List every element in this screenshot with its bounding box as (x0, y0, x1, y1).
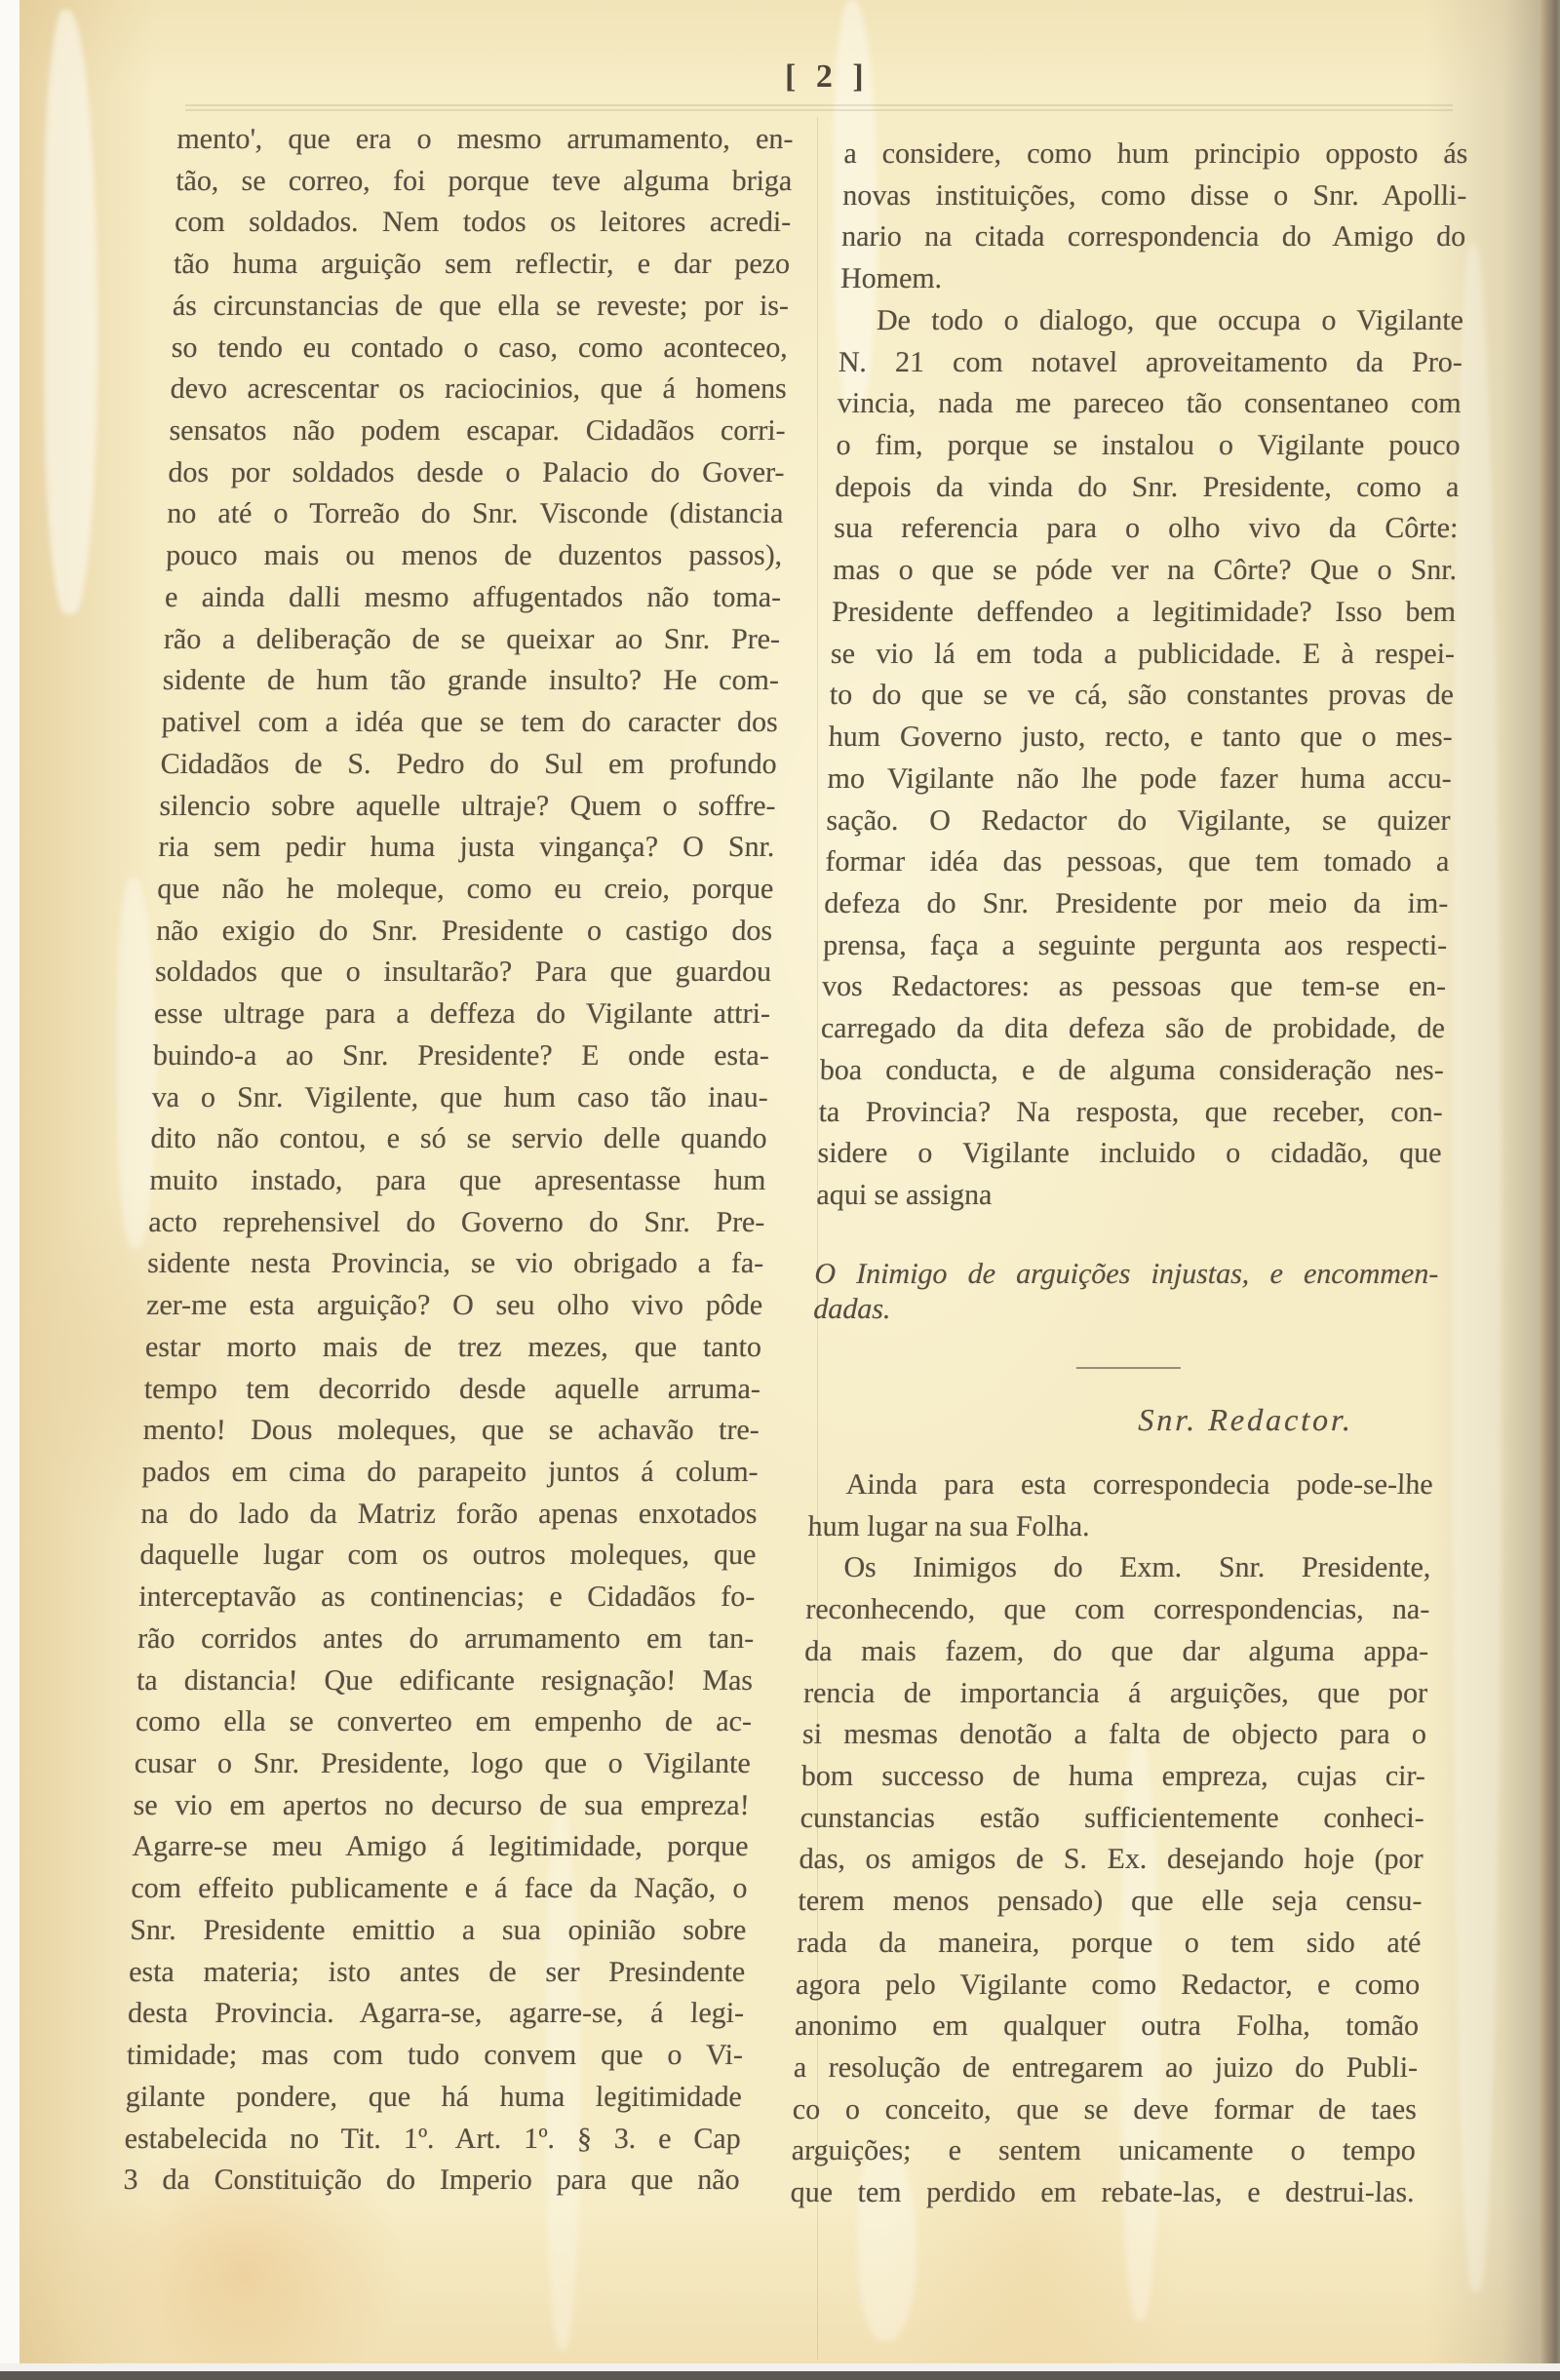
text-line: hum Governo justo, recto, e tanto que o … (828, 717, 1453, 759)
text-line: si mesmas denotão a falta de objecto par… (801, 1714, 1426, 1756)
text-line: se vio em apertos no decurso de sua empr… (133, 1785, 750, 1827)
text-line: que não he moleque, como eu creio, porqu… (157, 869, 774, 911)
signature-line: O Inimigo de arguições injustas, e encom… (814, 1257, 1439, 1292)
text-line: no até o Torreão do Snr. Visconde (dista… (167, 493, 784, 535)
paragraph-start-line: Os Inimigos do Exm. Snr. Presidente, (806, 1547, 1431, 1589)
text-line: acto reprehensivel do Governo do Snr. Pr… (148, 1202, 765, 1244)
letter-body: Ainda para esta correspondecia pode-se-l… (790, 1464, 1433, 2214)
text-line: daquelle lugar com os outros moleques, q… (139, 1535, 757, 1577)
text-line: Agarre-se meu Amigo á legitimidade, porq… (132, 1826, 749, 1868)
text-line: rão corridos antes do arrumamento em tan… (137, 1619, 755, 1660)
text-line: timidade; mas com tudo convem que o Vi- (126, 2035, 743, 2077)
signature-line: dadas. (813, 1292, 1438, 1327)
scan-bottom-margin (0, 2363, 1560, 2371)
paragraph-start-line: De todo o dialogo, que occupa o Vigilant… (838, 300, 1463, 342)
text-line: tão huma arguição sem reflectir, e dar p… (174, 244, 791, 286)
text-line: devo acrescentar os raciocinios, que á h… (170, 369, 787, 410)
text-line: depois da vinda do Snr. Presidente, como… (835, 467, 1460, 509)
text-line: sação. O Redactor do Vigilante, se quize… (826, 800, 1451, 842)
text-line: dos por soldados desde o Palacio do Gove… (168, 452, 785, 494)
text-line: vos Redactores: as pessoas que tem-se en… (822, 966, 1447, 1008)
text-line: da mais fazem, do que dar alguma appa- (804, 1631, 1429, 1673)
scan-margin (0, 0, 21, 2363)
text-line: formar idéa das pessoas, que tem tomado … (825, 841, 1450, 883)
text-line: estabelecida no Tit. 1º. Art. 1º. § 3. e… (124, 2119, 741, 2161)
text-line: a considere, como hum principio opposto … (843, 134, 1468, 176)
signature: O Inimigo de arguições injustas, e encom… (813, 1257, 1439, 1327)
text-line: dito não contou, e só se servio delle qu… (150, 1118, 767, 1160)
text-line: com effeito publicamente e á face da Naç… (131, 1868, 748, 1910)
text-line: que tem perdido em rebate-las, e destrui… (790, 2172, 1415, 2214)
letter-continuation: a considere, como hum principio opposto … (816, 134, 1468, 1217)
text-line: buindo-a ao Snr. Presidente? E onde esta… (152, 1035, 769, 1077)
text-line: sidente de hum tão grande insulto? He co… (162, 660, 779, 702)
text-line: tão, se correo, foi porque teve alguma b… (175, 161, 793, 203)
text-line: N. 21 com notavel aproveitamento da Pro- (838, 342, 1462, 384)
text-line: não exigio do Snr. Presidente o castigo … (156, 911, 773, 953)
text-line: aqui se assigna (816, 1175, 1441, 1217)
right-column: a considere, como hum principio opposto … (790, 134, 1468, 2214)
text-line: ta Provincia? Na resposta, que receber, … (818, 1092, 1443, 1134)
text-line: Cidadãos de S. Pedro do Sul em profundo (160, 744, 777, 786)
text-line: das, os amigos de S. Ex. desejando hoje … (799, 1839, 1423, 1881)
text-line: terem menos pensado) que elle seja censu… (798, 1881, 1423, 1923)
text-line: desta Provincia. Agarra-se, agarre-se, á… (128, 1993, 745, 2035)
text-line: ás circunstancias de que ella se reveste… (172, 286, 789, 328)
text-line: agora pelo Vigilante como Redactor, e co… (796, 1965, 1421, 2007)
text-line: zer-me esta arguição? O seu olho vivo pô… (146, 1285, 763, 1327)
text-line: rencia de importancia á arguições, que p… (803, 1673, 1428, 1715)
text-line: nario na citada correspondencia do Amigo… (841, 216, 1466, 258)
text-line: sidente nesta Provincia, se vio obrigado… (147, 1243, 764, 1285)
header-rule (185, 109, 1453, 111)
text-line: hum lugar na sua Folha. (807, 1506, 1432, 1548)
text-line: prensa, faça a seguinte pergunta aos res… (823, 925, 1448, 967)
text-line: defeza do Snr. Presidente por meio da im… (824, 883, 1449, 925)
header-rule (185, 104, 1453, 106)
left-column: mento', que era o mesmo arrumamento, en-… (123, 119, 794, 2202)
text-line: sensatos não podem escapar. Cidadãos cor… (169, 410, 786, 452)
text-line: cusar o Snr. Presidente, logo que o Vigi… (134, 1743, 751, 1785)
text-line: esta materia; isto antes de ser Presinde… (129, 1952, 746, 1994)
text-line: so tendo eu contado o caso, como acontec… (171, 328, 788, 370)
text-line: va o Snr. Vigilente, que hum caso tão in… (151, 1077, 768, 1119)
text-line: mo Vigilante não lhe pode fazer huma acc… (827, 759, 1452, 800)
text-line: bom successo de huma empreza, cujas cir- (800, 1756, 1425, 1798)
text-line: esse ultrage para a deffeza do Vigilante… (153, 994, 770, 1035)
text-line: sidere o Vigilante incluido o cidadão, q… (817, 1133, 1442, 1175)
text-line: ria sem pedir huma justa vingança? O Snr… (158, 827, 775, 869)
text-line: estar morto mais de trez mezes, que tant… (144, 1327, 761, 1369)
text-line: mento! Dous moleques, que se achavão tre… (142, 1410, 760, 1452)
text-line: pouco mais ou menos de duzentos passos), (166, 535, 783, 577)
section-divider (1076, 1367, 1181, 1369)
page-number: [ 2 ] (785, 58, 870, 97)
text-line: na do lado da Matriz forão apenas enxota… (140, 1494, 758, 1536)
text-line: co o conceito, que se deve formar de tae… (792, 2089, 1417, 2131)
text-line: Homem. (840, 258, 1465, 300)
text-line: ta distancia! Que edificante resignação!… (136, 1660, 753, 1702)
text-line: to do que se ve cá, são constantes prova… (829, 675, 1454, 717)
text-line: arguições; e sentem unicamente o tempo (791, 2130, 1416, 2172)
text-line: anonimo em qualquer outra Folha, tomão (795, 2006, 1420, 2048)
text-line: Snr. Presidente emittio a sua opinião so… (130, 1910, 747, 1952)
text-line: rão a deliberação de se queixar ao Snr. … (163, 619, 780, 661)
text-line: sua referencia para o olho vivo da Côrte… (834, 508, 1459, 550)
text-line: interceptavão as continencias; e Cidadão… (138, 1577, 756, 1619)
scan-bottom-edge (0, 2371, 1560, 2380)
text-line: novas instituições, como disse o Snr. Ap… (842, 176, 1467, 217)
text-line: rada da maneira, porque o tem sido até (797, 1923, 1422, 1965)
text-line: soldados que o insultarão? Para que guar… (155, 952, 772, 994)
text-line: silencio sobre aquelle ultraje? Quem o s… (159, 786, 776, 828)
salutation: Snr. Redactor. (1138, 1399, 1435, 1441)
text-line: com soldados. Nem todos os leitores acre… (175, 202, 792, 244)
text-line: boa conducta, e de alguma consideração n… (819, 1050, 1444, 1092)
text-line: cunstancias estão sufficientemente conhe… (799, 1798, 1424, 1840)
text-line: muito instado, para que apresentasse hum (149, 1160, 766, 1202)
text-line: como ella se converteo em empenho de ac- (135, 1701, 752, 1743)
text-line: 3 da Constituição do Imperio para que nã… (123, 2160, 740, 2202)
text-line: pados em cima do parapeito juntos á colu… (141, 1452, 759, 1494)
text-line: mento', que era o mesmo arrumamento, en- (176, 119, 794, 161)
text-line: carregado da dita defeza são de probidad… (820, 1008, 1445, 1050)
text-line: Presidente deffendeo a legitimidade? Iss… (832, 592, 1457, 634)
text-line: pativel com a idéa que se tem do caracte… (161, 702, 778, 744)
text-line: se vio lá em toda a publicidade. E à res… (830, 634, 1455, 676)
text-line: a resolução de entregarem ao juizo do Pu… (793, 2048, 1418, 2089)
text-line: e ainda dalli mesmo affugentados não tom… (165, 577, 782, 619)
text-line: mas o que se póde ver na Côrte? Que o Sn… (833, 550, 1458, 592)
text-line: o fim, porque se instalou o Vigilante po… (836, 425, 1461, 467)
text-line: gilante pondere, que há huma legitimidad… (125, 2077, 742, 2119)
text-line: reconhecendo, que com correspondencias, … (805, 1589, 1430, 1631)
text-line: tempo tem decorrido desde aquelle arruma… (143, 1369, 760, 1411)
paragraph-start-line: Ainda para esta correspondecia pode-se-l… (808, 1464, 1433, 1506)
binding-edge (1539, 0, 1560, 2380)
text-line: vincia, nada me pareceo tão consentaneo … (837, 383, 1462, 425)
